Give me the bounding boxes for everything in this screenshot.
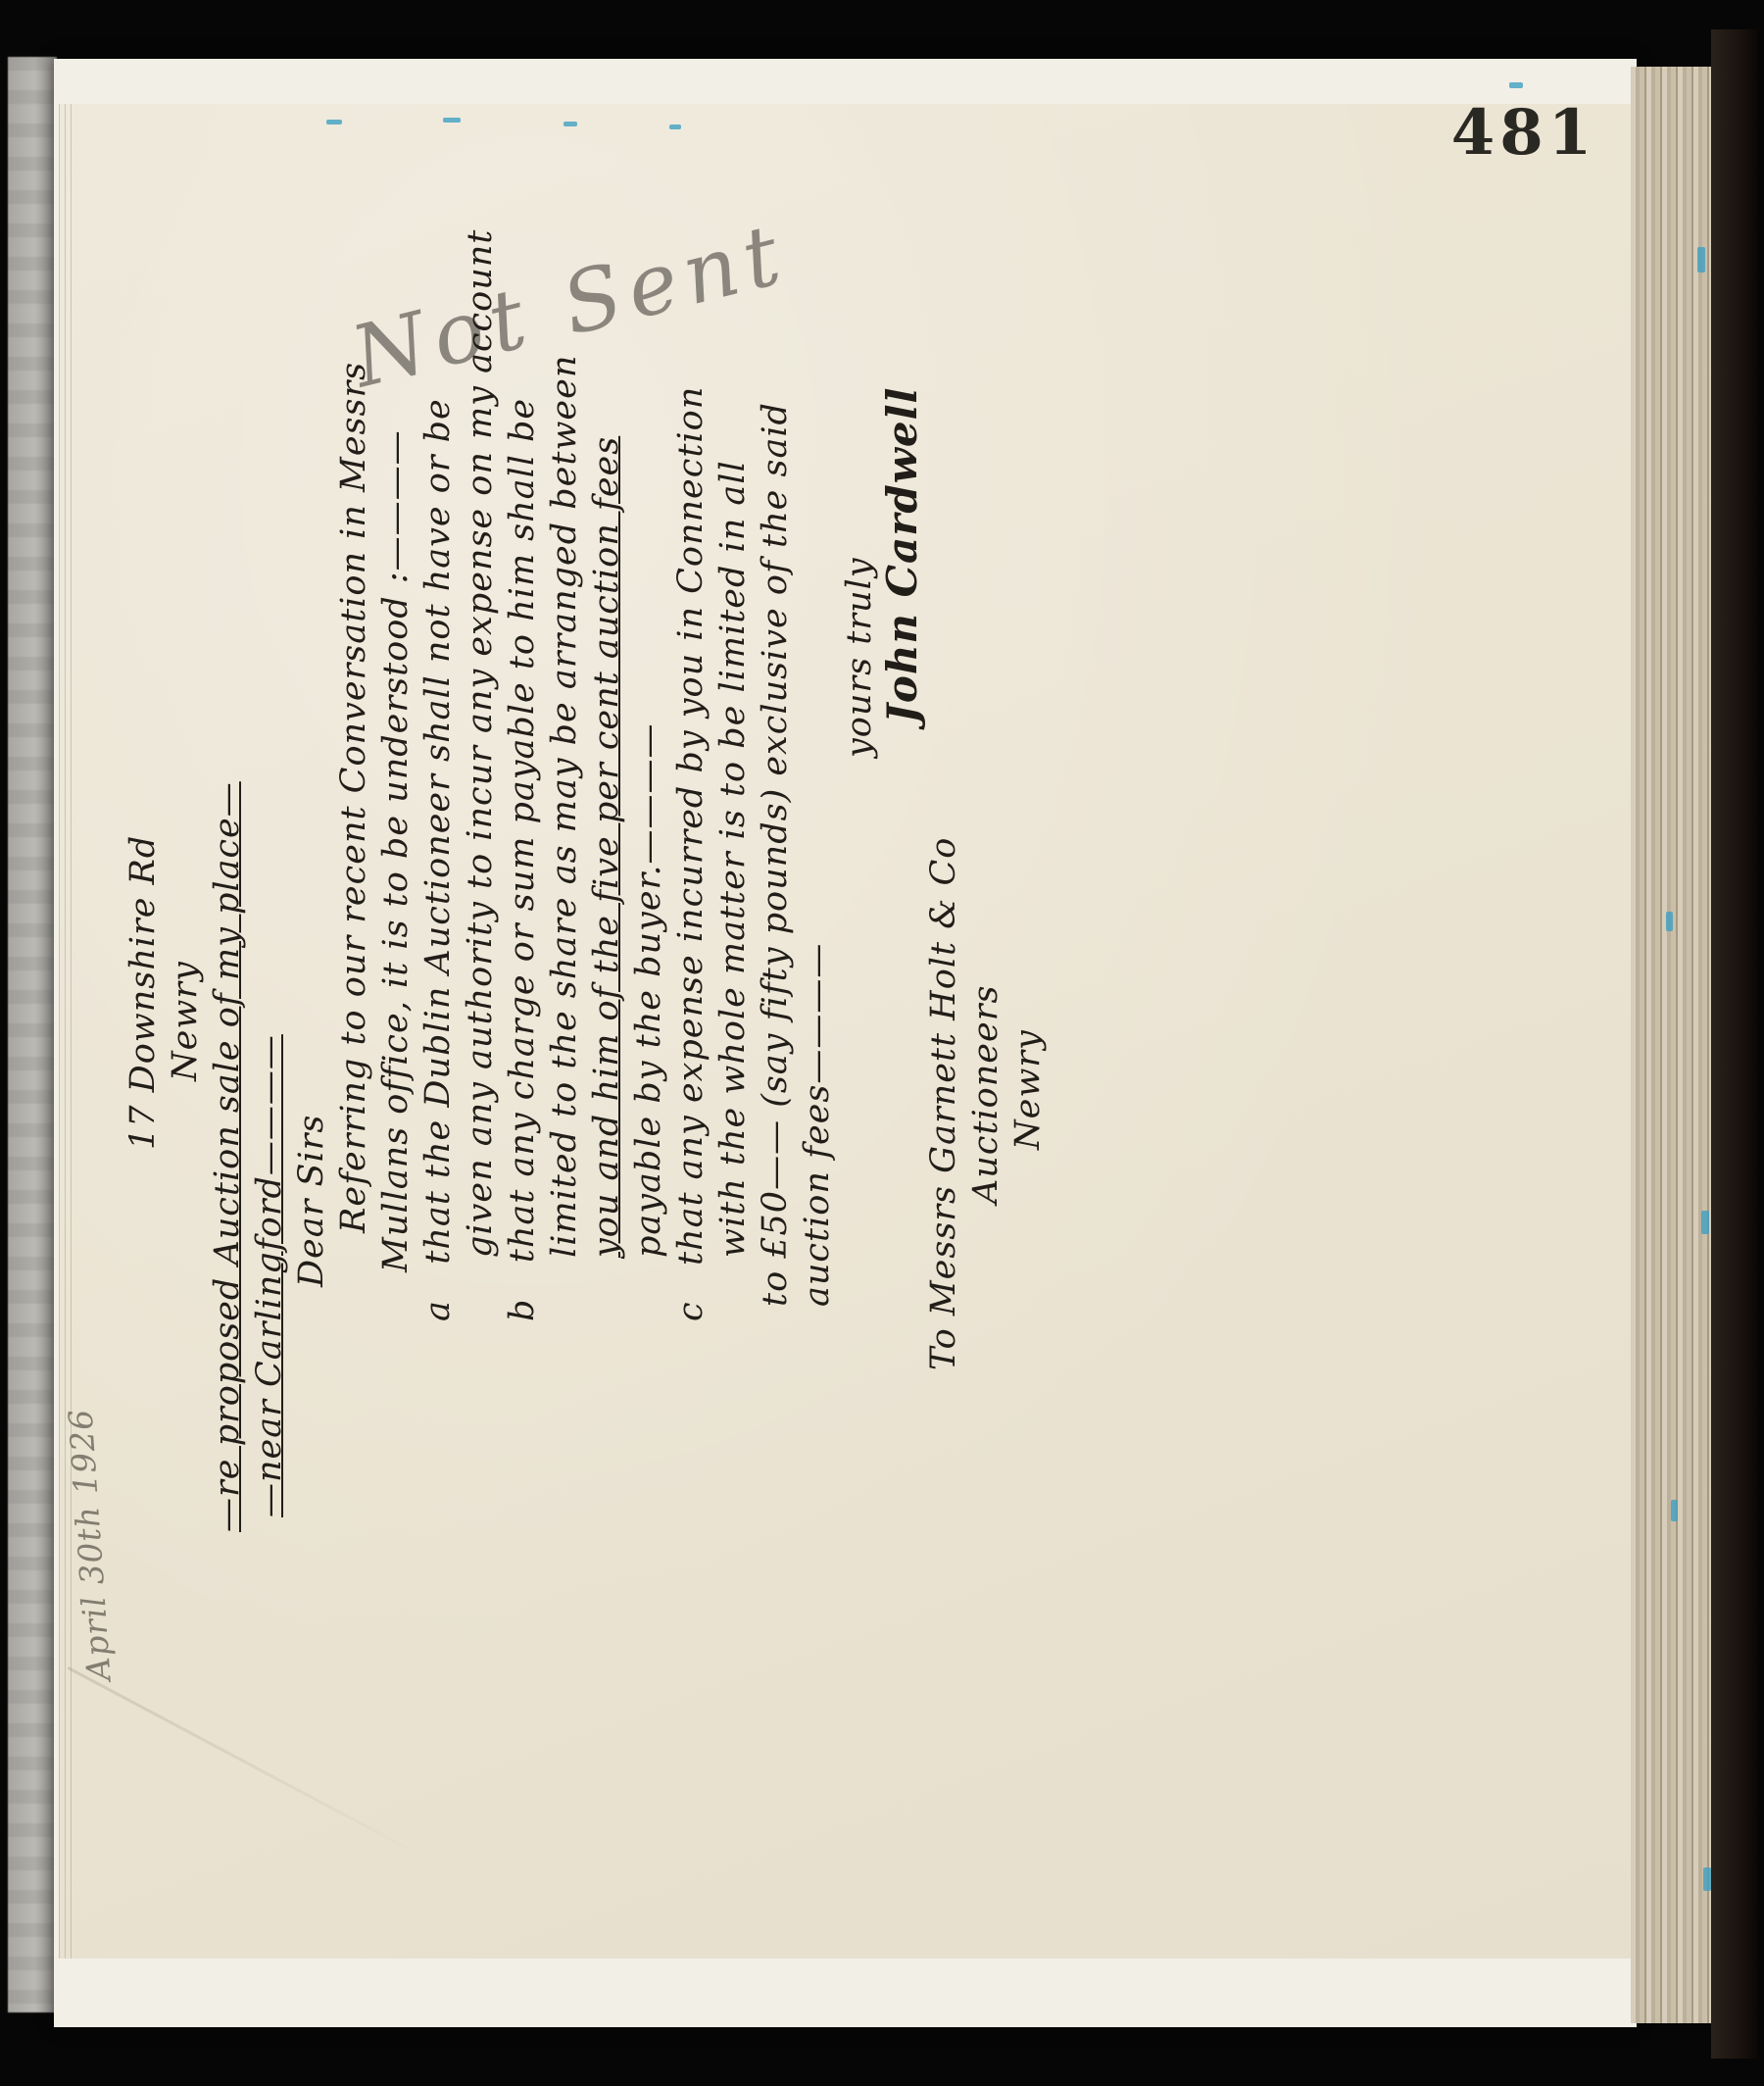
blue-edge-mark xyxy=(1697,247,1705,273)
letter-line: —near Carlingford———— xyxy=(249,341,291,1713)
letter-line: b that any charge or sum payable to him … xyxy=(502,341,544,1713)
blue-edge-mark xyxy=(1666,912,1673,931)
fore-edge-page-stack xyxy=(1631,67,1713,2023)
blue-edge-mark xyxy=(669,124,681,129)
blue-edge-mark xyxy=(1701,1211,1709,1234)
letter-line: a that the Dublin Auctioneer shall not h… xyxy=(417,341,460,1713)
letter-line: payable by the buyer.———— xyxy=(628,341,670,1713)
letter-line: Newry xyxy=(1007,341,1050,1713)
blue-edge-mark xyxy=(563,122,577,126)
letter-line: —re proposed Auction sale of my place— xyxy=(207,341,249,1713)
letter-line: to £50—— (say fifty pounds) exclusive of… xyxy=(755,341,797,1713)
letter-line: limited to the share as may be arranged … xyxy=(544,341,586,1713)
letter-line: 17 Downshire Rd xyxy=(122,341,165,1713)
blue-edge-mark xyxy=(1509,82,1523,88)
letter-line: you and him of the five per cent auction… xyxy=(586,341,628,1713)
book-cover-edge xyxy=(1711,29,1758,2059)
blue-edge-mark xyxy=(326,120,342,124)
letter-line: To Messrs Garnett Holt & Co xyxy=(923,341,965,1713)
letter-line: Auctioneers xyxy=(965,341,1007,1713)
blue-edge-mark xyxy=(1671,1500,1678,1521)
letter-line: with the whole matter is to be limited i… xyxy=(712,341,755,1713)
letter-line: given any authority to incur any expense… xyxy=(460,341,502,1713)
blue-edge-mark xyxy=(1703,1867,1711,1891)
letter-line: John Cardwell xyxy=(881,341,923,1713)
letter-block: April 30th 192617 Downshire RdNewry—re p… xyxy=(80,341,1053,1713)
letter-line: yours truly xyxy=(839,341,881,1713)
letter-line: Newry xyxy=(165,341,207,1713)
letter-line: auction fees———— xyxy=(797,341,839,1713)
scanned-letterbook-page: 481 Not Sent April 30th 192617 Downshire… xyxy=(0,0,1764,2086)
letter-line: c that any expense incurred by you in Co… xyxy=(670,341,712,1713)
letter-line: Mullans office, it is to be understood :… xyxy=(375,341,417,1713)
folio-page-number: 481 xyxy=(1441,96,1607,170)
letter-line: Dear Sirs xyxy=(291,341,333,1713)
letter-line: Referring to our recent Conversation in … xyxy=(333,341,375,1713)
blue-edge-mark xyxy=(443,118,461,123)
